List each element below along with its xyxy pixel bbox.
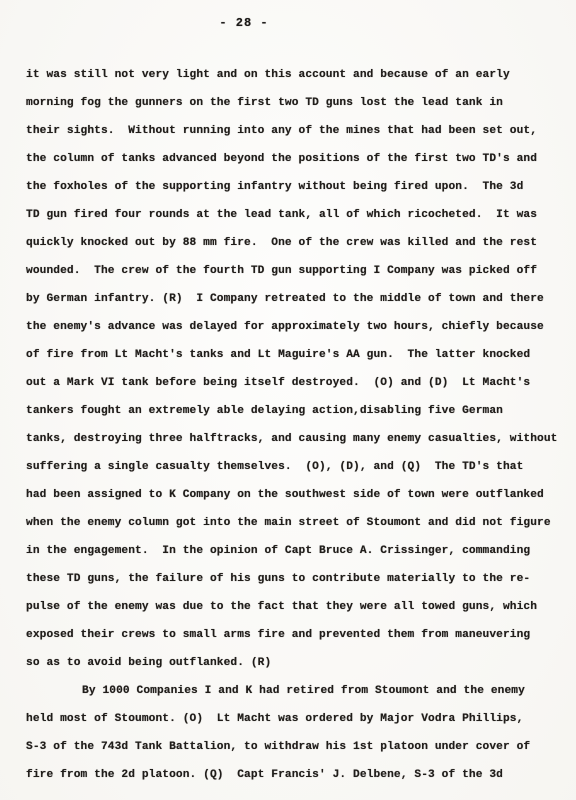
text-line: tanks, destroying three halftracks, and … [26, 425, 558, 453]
text-line: pulse of the enemy was due to the fact t… [26, 593, 558, 621]
text-line: fire from the 2d platoon. (Q) Capt Franc… [26, 761, 558, 789]
text-line: By 1000 Companies I and K had retired fr… [26, 677, 558, 705]
text-line: the foxholes of the supporting infantry … [26, 173, 558, 201]
text-line: of fire from Lt Macht's tanks and Lt Mag… [26, 341, 558, 369]
scanned-page: - 28 - it was still not very light and o… [0, 0, 576, 800]
text-line: by German infantry. (R) I Company retrea… [26, 285, 558, 313]
page-number: - 28 - [0, 16, 488, 30]
text-line: out a Mark VI tank before being itself d… [26, 369, 558, 397]
text-line: held most of Stoumont. (O) Lt Macht was … [26, 705, 558, 733]
text-line: S-3 of the 743d Tank Battalion, to withd… [26, 733, 558, 761]
text-line: when the enemy column got into the main … [26, 509, 558, 537]
text-line: these TD guns, the failure of his guns t… [26, 565, 558, 593]
text-line: tankers fought an extremely able delayin… [26, 397, 558, 425]
text-line: suffering a single casualty themselves. … [26, 453, 558, 481]
text-line: TD gun fired four rounds at the lead tan… [26, 201, 558, 229]
text-line: wounded. The crew of the fourth TD gun s… [26, 257, 558, 285]
text-line: morning fog the gunners on the first two… [26, 89, 558, 117]
page-body: it was still not very light and on this … [26, 61, 558, 789]
text-line: had been assigned to K Company on the so… [26, 481, 558, 509]
text-line: it was still not very light and on this … [26, 61, 558, 89]
text-line: so as to avoid being outflanked. (R) [26, 649, 558, 677]
text-line: quickly knocked out by 88 mm fire. One o… [26, 229, 558, 257]
text-line: in the engagement. In the opinion of Cap… [26, 537, 558, 565]
text-line: the enemy's advance was delayed for appr… [26, 313, 558, 341]
text-line: exposed their crews to small arms fire a… [26, 621, 558, 649]
text-line: the column of tanks advanced beyond the … [26, 145, 558, 173]
text-line: their sights. Without running into any o… [26, 117, 558, 145]
